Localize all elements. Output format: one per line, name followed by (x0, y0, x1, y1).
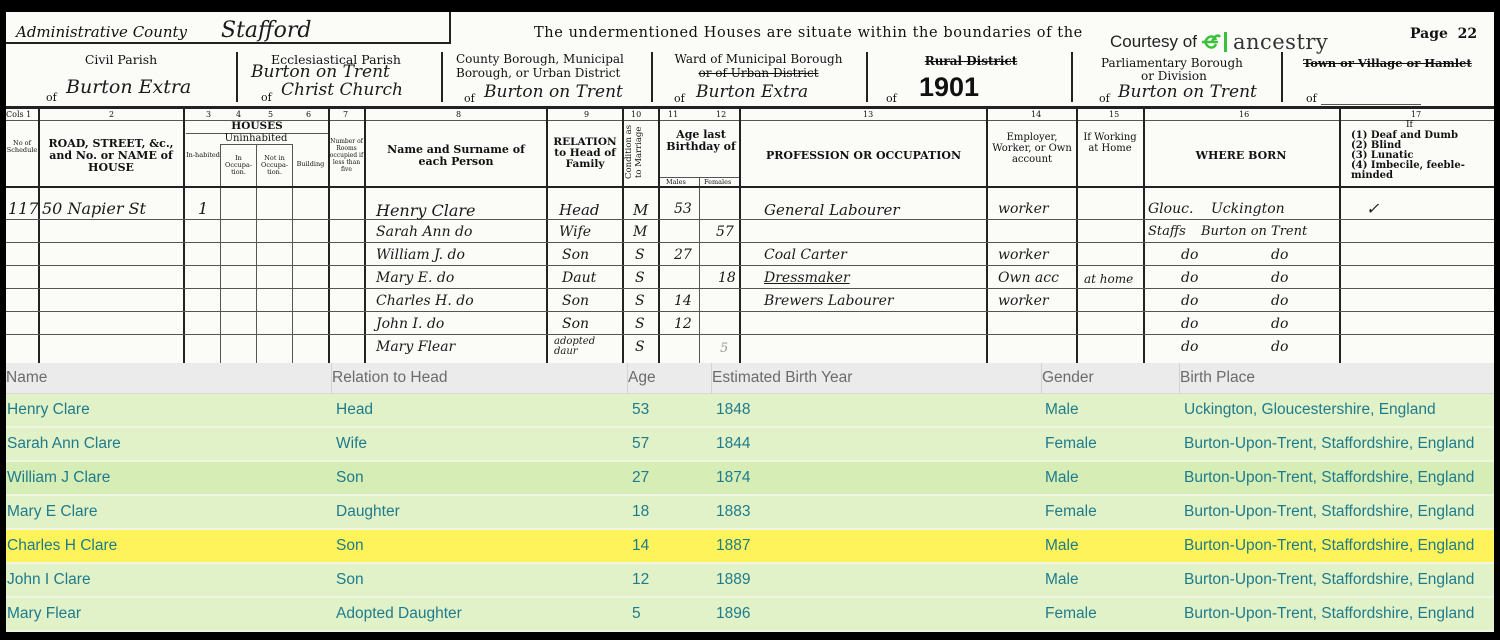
ecclesiastical-parish-place: Burton on Trent (251, 62, 390, 82)
col-condition-header: Condition as to Marriage (624, 122, 658, 182)
table-row: William J Clare Son 27 1874 Male Burton-… (6, 462, 1494, 496)
admin-county-label: Administrative County (16, 23, 187, 41)
header-age[interactable]: Age (628, 363, 712, 393)
header-name[interactable]: Name (6, 363, 332, 393)
civil-parish-label: Civil Parish (46, 52, 196, 67)
ancestry-leaf-icon (1200, 31, 1230, 53)
col-where-born-header: WHERE BORN (1146, 149, 1336, 162)
col-rooms-header: Number of Rooms occupied if less than fi… (329, 138, 364, 173)
col-schedule-header: No of Schedule (6, 140, 38, 154)
col-uninhabited-header: Uninhabited (220, 133, 292, 144)
col-occupation-header: PROFESSION OR OCCUPATION (746, 149, 981, 162)
person-name-link[interactable]: John I Clare (6, 571, 332, 589)
table-row: Mary E Clare Daughter 18 1883 Female Bur… (6, 496, 1494, 530)
ancestry-brand: ancestry (1233, 30, 1328, 54)
ward-value: Burton Extra (696, 82, 808, 102)
col-houses-header: HOUSES (186, 120, 328, 132)
census-year: 1901 (919, 72, 979, 103)
col-infirmity-header: (1) Deaf and Dumb (2) Blind (3) Lunatic … (1351, 131, 1494, 181)
person-name-link[interactable]: William J Clare (6, 469, 332, 487)
intro-text: The undermentioned Houses are situate wi… (534, 25, 1083, 41)
town-label: Town or Village or Hamlet (1303, 56, 1472, 70)
table-header: Name Relation to Head Age Estimated Birt… (6, 363, 1494, 394)
ecclesiastical-parish-value: Christ Church (281, 80, 403, 100)
col-age-header: Age last Birthday of (666, 129, 736, 153)
transcription-table: Name Relation to Head Age Estimated Birt… (6, 363, 1494, 632)
person-name-link[interactable]: Charles H Clare (6, 537, 332, 555)
header-birth-year[interactable]: Estimated Birth Year (712, 363, 1042, 393)
person-name-link[interactable]: Sarah Ann Clare (6, 435, 332, 453)
header-relation[interactable]: Relation to Head (332, 363, 628, 393)
person-name-link[interactable]: Mary E Clare (6, 503, 332, 521)
table-row: Sarah Ann Clare Wife 57 1844 Female Burt… (6, 428, 1494, 462)
col-relation-header: RELATION to Head of Family (548, 137, 622, 170)
ward-label: Ward of Municipal Borough (661, 52, 856, 66)
admin-county-value: Stafford (221, 18, 311, 43)
courtesy-ancestry: Courtesy of ancestry (1110, 30, 1328, 54)
table-row: Mary Flear Adopted Daughter 5 1896 Femal… (6, 598, 1494, 632)
parliamentary-value: Burton on Trent (1118, 82, 1257, 102)
check-mark-icon: ✓ (1366, 199, 1379, 218)
table-row: John I Clare Son 12 1889 Male Burton-Upo… (6, 564, 1494, 598)
page-number: 22 (1458, 26, 1477, 42)
parliamentary-label: Parliamentary Borough (1101, 56, 1243, 70)
table-row-highlighted: Charles H Clare Son 14 1887 Male Burton-… (6, 530, 1494, 564)
col-employer-header: Employer, Worker, or Own account (989, 132, 1075, 165)
page-label: Page 22 (1410, 26, 1477, 42)
person-name-link[interactable]: Henry Clare (6, 401, 332, 419)
person-name-link[interactable]: Mary Flear (6, 605, 332, 623)
municipal-borough-label: County Borough, Municipal (456, 52, 624, 66)
col-at-home-header: If Working at Home (1078, 132, 1142, 154)
table-row: Henry Clare Head 53 1848 Male Uckington,… (6, 394, 1494, 428)
col-road-header: ROAD, STREET, &c., and No. or NAME of HO… (40, 138, 182, 174)
municipal-borough-value: Burton on Trent (484, 82, 623, 102)
courtesy-label: Courtesy of (1110, 32, 1197, 52)
rural-district-label: Rural District (876, 54, 1066, 68)
header-gender[interactable]: Gender (1042, 363, 1180, 393)
census-page-scan: Administrative County Stafford The under… (6, 12, 1494, 363)
civil-parish-value: Burton Extra (66, 76, 191, 98)
col-name-header: Name and Surname of each Person (376, 144, 536, 168)
header-birth-place[interactable]: Birth Place (1180, 363, 1494, 393)
